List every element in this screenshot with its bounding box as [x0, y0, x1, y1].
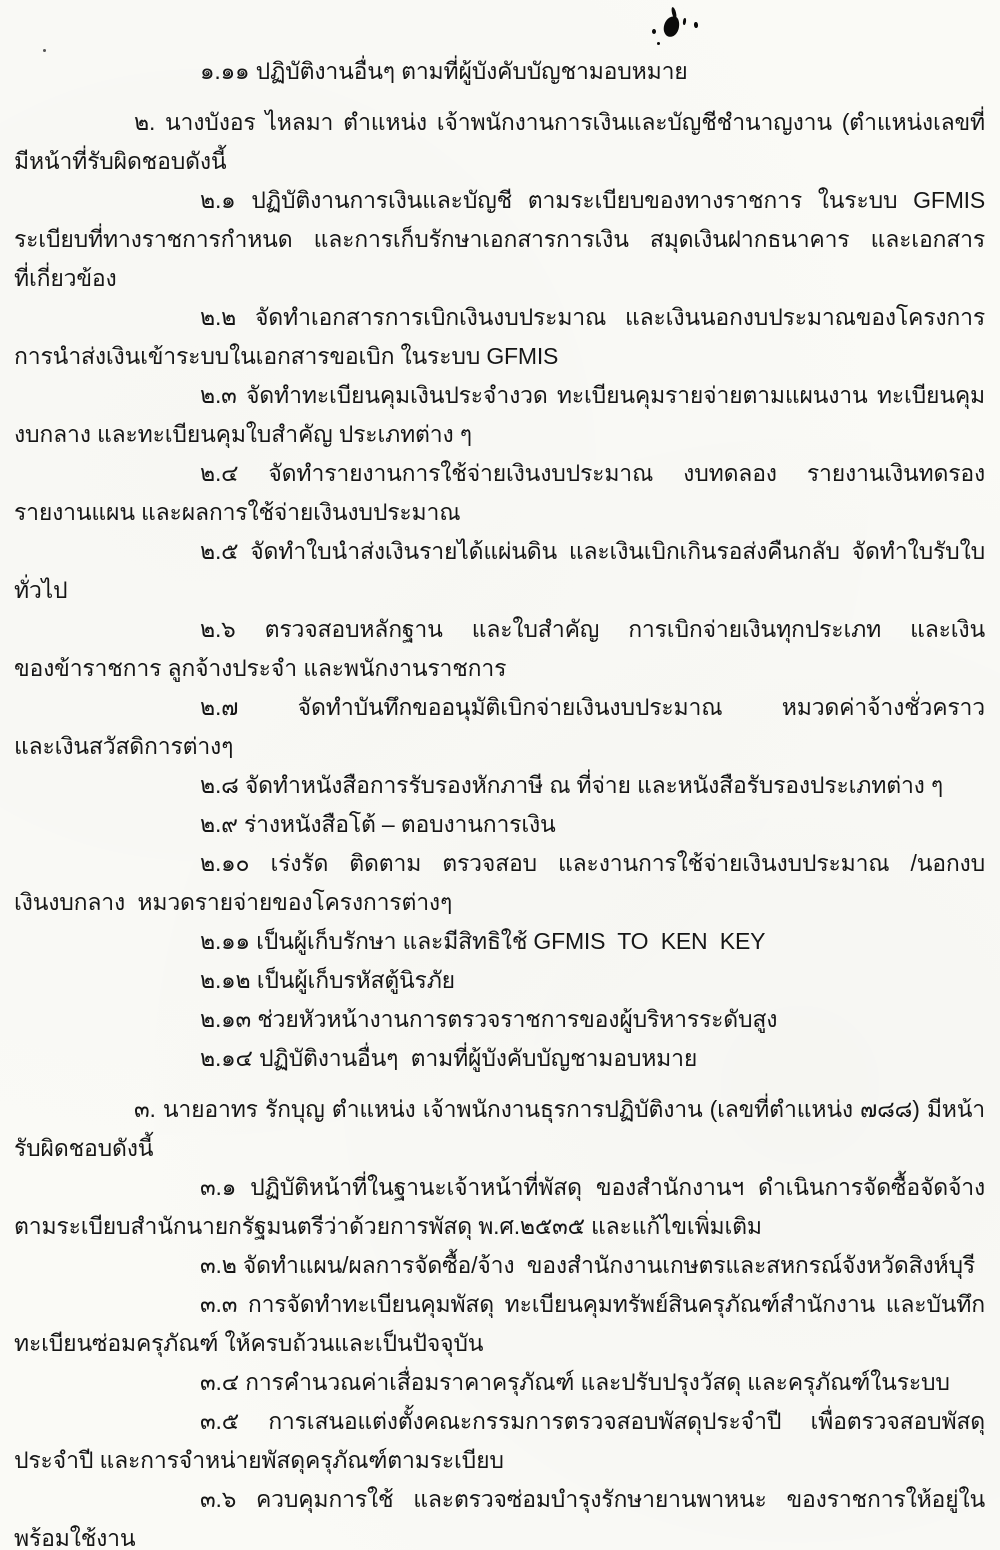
text-line: ระเบียบที่ทางราชการกำหนด และการเก็บรักษา…: [14, 220, 985, 259]
text-line: ๓.๑ ปฏิบัติหน้าที่ในฐานะเจ้าหน้าที่พัสดุ…: [14, 1168, 985, 1207]
text-line: ทั่วไป: [14, 571, 985, 610]
text-line: ๓.๔ การคำนวณค่าเสื่อมราคาครุภัณฑ์ และปรั…: [14, 1363, 985, 1402]
text-line: เงินงบกลาง หมวดรายจ่ายของโครงการต่างๆ: [14, 883, 985, 922]
document-page: ๑.๑๑ ปฏิบัติงานอื่นๆ ตามที่ผู้บังคับบัญช…: [0, 0, 1000, 1550]
document-body: ๑.๑๑ ปฏิบัติงานอื่นๆ ตามที่ผู้บังคับบัญช…: [14, 52, 985, 1550]
ink-smudge: [683, 18, 687, 25]
text-line: มีหน้าที่รับผิดชอบดังนี้: [14, 142, 985, 181]
text-line: ๓.๓ การจัดทำทะเบียนคุมพัสดุ ทะเบียนคุมทร…: [14, 1285, 985, 1324]
text-line: รายงานแผน และผลการใช้จ่ายเงินงบประมาณ: [14, 493, 985, 532]
text-line: ๓.๒ จัดทำแผน/ผลการจัดซื้อ/จ้าง ของสำนักง…: [14, 1246, 985, 1285]
text-line: พร้อมใช้งาน: [14, 1519, 985, 1550]
text-line: ๒.๑๓ ช่วยหัวหน้างานการตรวจราชการของผู้บร…: [14, 1000, 985, 1039]
text-line: ๒.๘ จัดทำหนังสือการรับรองหักภาษี ณ ที่จ่…: [14, 766, 985, 805]
text-line: ๒.๑๐ เร่งรัด ติดตาม ตรวจสอบ และงานการใช้…: [14, 844, 985, 883]
ink-smudge: [694, 22, 699, 28]
text-line: ๒.๓ จัดทำทะเบียนคุมเงินประจำงวด ทะเบียนค…: [14, 376, 985, 415]
text-line: ของข้าราชการ ลูกจ้างประจำ และพนักงานราชก…: [14, 649, 985, 688]
text-line: ประจำปี และการจำหน่ายพัสดุครุภัณฑ์ตามระเ…: [14, 1441, 985, 1480]
text-line: งบกลาง และทะเบียนคุมใบสำคัญ ประเภทต่าง ๆ: [14, 415, 985, 454]
text-line: ๒.๒ จัดทำเอกสารการเบิกเงินงบประมาณ และเง…: [14, 298, 985, 337]
text-line: ๒.๖ ตรวจสอบหลักฐาน และใบสำคัญ การเบิกจ่า…: [14, 610, 985, 649]
text-line: ที่เกี่ยวข้อง: [14, 259, 985, 298]
ink-smudge: [657, 42, 660, 45]
text-line: ๓.๕ การเสนอแต่งตั้งคณะกรรมการตรวจสอบพัสด…: [14, 1402, 985, 1441]
text-line: ๒.๑ ปฏิบัติงานการเงินและบัญชี ตามระเบียบ…: [14, 181, 985, 220]
text-line: ๒.๗ จัดทำบันทึกขออนุมัติเบิกจ่ายเงินงบปร…: [14, 688, 985, 727]
text-line: การนำส่งเงินเข้าระบบในเอกสารขอเบิก ในระบ…: [14, 337, 985, 376]
scan-speck: [43, 49, 46, 52]
text-line: ๒. นางบังอร ไหลมา ตำแหน่ง เจ้าพนักงานการ…: [14, 103, 985, 142]
text-line: ๒.๑๑ เป็นผู้เก็บรักษา และมีสิทธิใช้ GFMI…: [14, 922, 985, 961]
text-line: ๒.๑๒ เป็นผู้เก็บรหัสตู้นิรภัย: [14, 961, 985, 1000]
text-line: ตามระเบียบสำนักนายกรัฐมนตรีว่าด้วยการพัส…: [14, 1207, 985, 1246]
text-line: ๓.๖ ควบคุมการใช้ และตรวจซ่อมบำรุงรักษายา…: [14, 1480, 985, 1519]
text-line: ๒.๙ ร่างหนังสือโต้ – ตอบงานการเงิน: [14, 805, 985, 844]
ink-smudge: [662, 15, 680, 38]
text-line: และเงินสวัสดิการต่างๆ: [14, 727, 985, 766]
ink-smudge: [652, 29, 656, 34]
text-line: รับผิดชอบดังนี้: [14, 1129, 985, 1168]
text-line: ทะเบียนซ่อมครุภัณฑ์ ให้ครบถ้วนและเป็นปัจ…: [14, 1324, 985, 1363]
text-line: ๑.๑๑ ปฏิบัติงานอื่นๆ ตามที่ผู้บังคับบัญช…: [14, 52, 985, 91]
text-line: ๓. นายอาทร รักบุญ ตำแหน่ง เจ้าพนักงานธุร…: [14, 1090, 985, 1129]
text-line: ๒.๑๔ ปฏิบัติงานอื่นๆ ตามที่ผู้บังคับบัญช…: [14, 1039, 985, 1078]
text-line: ๒.๔ จัดทำรายงานการใช้จ่ายเงินงบประมาณ งบ…: [14, 454, 985, 493]
text-line: ๒.๕ จัดทำใบนำส่งเงินรายได้แผ่นดิน และเงิ…: [14, 532, 985, 571]
